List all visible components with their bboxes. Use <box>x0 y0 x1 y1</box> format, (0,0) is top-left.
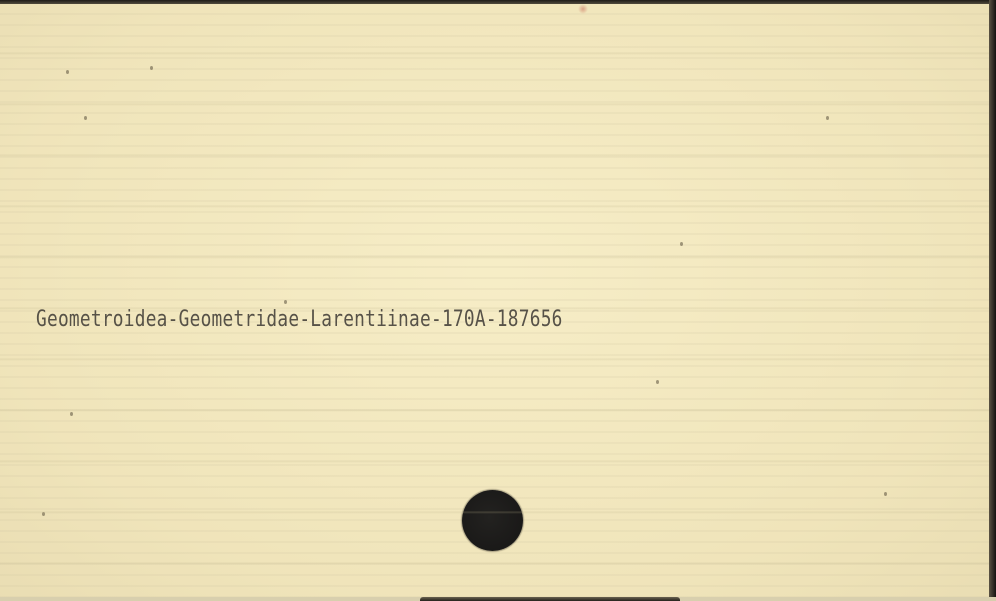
speck <box>884 492 887 496</box>
punch-hole <box>462 490 523 551</box>
speck <box>150 66 153 70</box>
scan-bottom-shadow <box>420 597 680 601</box>
speck <box>84 116 87 120</box>
index-card: Geometroidea-Geometridae-Larentiinae-170… <box>0 4 990 597</box>
speck <box>656 380 659 384</box>
speck <box>70 412 73 416</box>
scan-bottom-edge <box>0 597 996 601</box>
speck <box>42 512 45 516</box>
scan-right-edge <box>989 0 996 601</box>
ink-smudge <box>578 4 588 14</box>
specimen-taxonomy-label: Geometroidea-Geometridae-Larentiinae-170… <box>36 307 563 332</box>
speck <box>826 116 829 120</box>
speck <box>680 242 683 246</box>
speck <box>284 300 287 304</box>
speck <box>66 70 69 74</box>
